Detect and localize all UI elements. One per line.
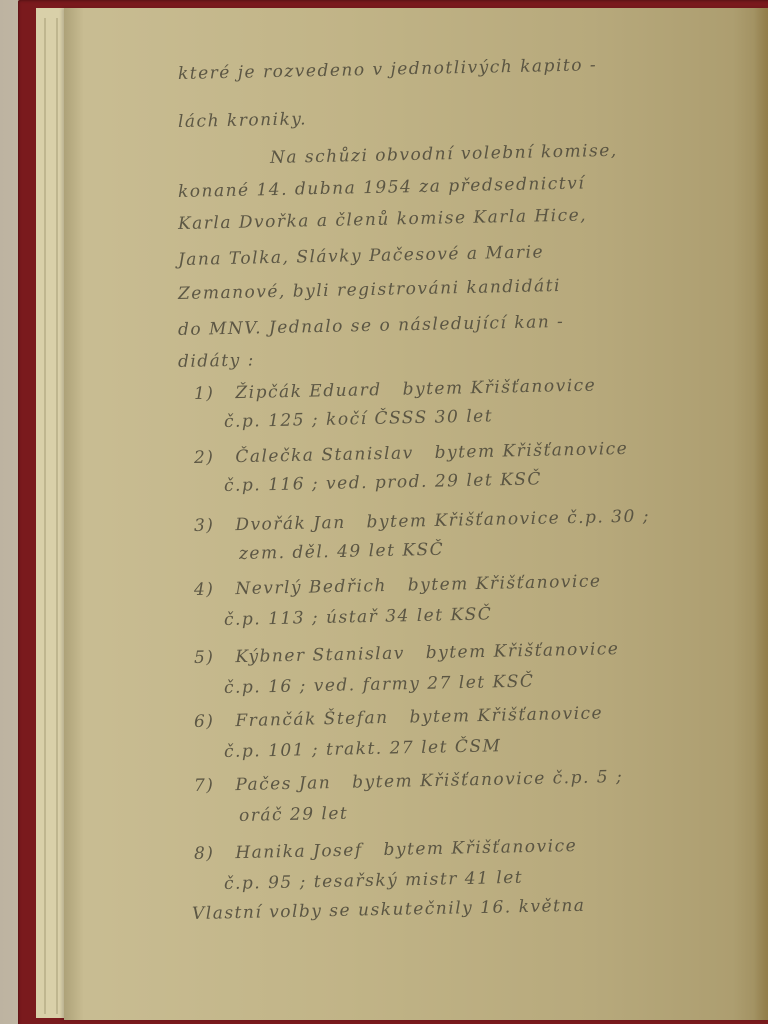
candidate-number: 5) [194,648,215,668]
candidate-number: 6) [194,712,215,732]
candidate-name: Nevrlý Bedřich [235,576,387,599]
candidate-details: č.p. 16 ; ved. farmy 27 let KSČ [224,672,535,698]
closing-line: Vlastní volby se uskutečnily 16. května [192,896,586,924]
candidate-entry: 8) Hanika Josef bytem Křišťanovice [194,836,592,864]
candidate-number: 8) [194,844,215,864]
candidate-details: č.p. 116 ; ved. prod. 29 let KSČ [224,469,542,496]
candidate-name: Dvořák Jan [235,513,346,535]
candidate-details: č.p. 125 ; kočí ČSSS 30 let [224,406,493,432]
candidate-residence: bytem Křišťanovice č.p. 5 ; [352,767,624,793]
text-line: Jana Tolka, Slávky Pačesové a Marie [178,242,544,270]
candidate-name: Čalečka Stanislav [235,443,414,467]
candidate-residence: bytem Křišťanovice [409,703,603,727]
candidate-residence: bytem Křišťanovice [383,836,577,860]
candidate-name: Frančák Štefan [235,708,389,731]
candidate-number: 7) [194,776,215,796]
candidate-number: 3) [194,516,215,536]
candidate-name: Hanika Josef [235,840,363,863]
text-line: Zemanové, byli registrováni kandidáti [178,276,561,304]
candidate-details: č.p. 101 ; trakt. 27 let ČSM [224,736,502,762]
text-line: Karla Dvořka a členů komise Karla Hice, [178,205,588,234]
candidate-residence: bytem Křišťanovice č.p. 30 ; [366,506,650,532]
candidate-entry: 7) Pačes Jan bytem Křišťanovice č.p. 5 ; [194,767,638,796]
candidate-number: 1) [194,384,215,404]
page-edge [56,18,58,1014]
candidate-name: Pačes Jan [235,773,331,795]
text-line: konané 14. dubna 1954 za předsednictví [178,173,586,202]
chronicle-page: které je rozvedeno v jednotlivých kapito… [64,8,768,1020]
candidate-name: Žipčák Eduard [235,380,382,403]
candidate-residence: bytem Křišťanovice [434,439,628,463]
text-line: Na schůzi obvodní volební komise, [270,141,618,168]
candidate-entry: 6) Frančák Štefan bytem Křišťanovice [194,703,618,732]
text-line: lách kroniky. [178,109,307,132]
text-line: do MNV. Jednalo se o následující kan - [178,312,565,340]
candidate-number: 4) [194,580,215,600]
candidate-number: 2) [194,448,215,468]
candidate-entry: 5) Kýbner Stanislav bytem Křišťanovice [194,639,634,668]
page-edge [44,18,46,1014]
candidate-residence: bytem Křišťanovice [402,376,596,400]
candidate-residence: bytem Křišťanovice [408,571,602,595]
candidate-details: oráč 29 let [239,804,349,826]
candidate-entry: 1) Žipčák Eduard bytem Křišťanovice [194,375,611,404]
candidate-entry: 4) Nevrlý Bedřich bytem Křišťanovice [194,571,616,600]
candidate-residence: bytem Křišťanovice [426,639,620,663]
candidate-details: zem. děl. 49 let KSČ [239,540,445,564]
candidate-entry: 2) Čalečka Stanislav bytem Křišťanovice [194,439,643,468]
candidate-entry: 3) Dvořák Jan bytem Křišťanovice č.p. 30… [194,506,664,536]
candidate-details: č.p. 113 ; ústař 34 let KSČ [224,604,493,630]
text-line: které je rozvedeno v jednotlivých kapito… [178,55,598,84]
handwritten-text: které je rozvedeno v jednotlivých kapito… [64,8,768,1020]
candidate-name: Kýbner Stanislav [235,644,405,668]
candidate-details: č.p. 95 ; tesařský mistr 41 let [224,868,524,894]
text-line: didáty : [178,350,255,372]
